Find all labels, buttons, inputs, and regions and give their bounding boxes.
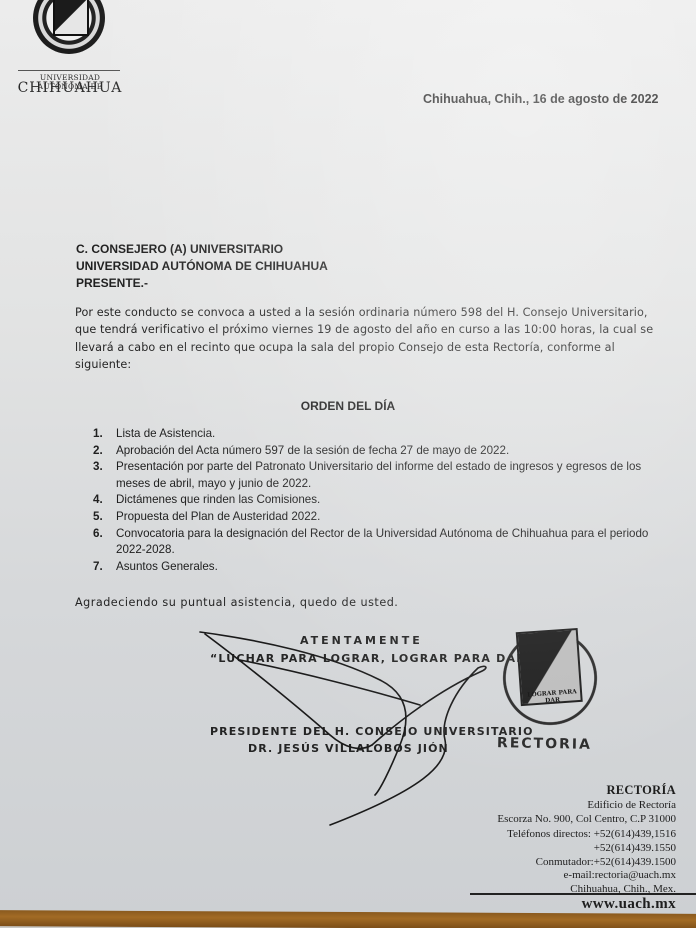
letter-page: UNIVERSIDAD AUTÓNOMA DE CHIHUAHUA Chihua…: [0, 0, 696, 916]
agenda-item-text: Asuntos Generales.: [116, 560, 218, 573]
atentamente-label: ATENTAMENTE: [300, 634, 423, 647]
official-seal-icon: LOGRAR PARA DAR: [497, 625, 604, 732]
agenda-item: 2.Aprobación del Acta número 597 de la s…: [93, 443, 653, 460]
footer-website: www.uach.mx: [416, 896, 676, 913]
footer-line: +52(614)439.1550: [416, 842, 676, 854]
agenda-item-number: 1.: [93, 426, 103, 443]
recipient-line-3: PRESENTE.-: [76, 276, 148, 290]
agenda-item-number: 2.: [93, 443, 103, 460]
agenda-item: 6.Convocatoria para la designación del R…: [93, 526, 653, 559]
university-name: CHIHUAHUA: [14, 80, 126, 96]
motto: “LUCHAR PARA LOGRAR, LOGRAR PARA DAR”: [210, 652, 534, 665]
footer-line: Escorza No. 900, Col Centro, C.P 31000: [416, 813, 676, 825]
agenda-item: 1.Lista de Asistencia.: [93, 426, 653, 443]
footer-line: Teléfonos directos: +52(614)439,1516: [416, 828, 676, 840]
recipient-line-1: C. CONSEJERO (A) UNIVERSITARIO: [76, 242, 283, 256]
agenda-item-number: 6.: [93, 526, 103, 543]
footer-line: Conmutador:+52(614)439.1500: [416, 856, 676, 868]
agenda-item: 4.Dictámenes que rinden las Comisiones.: [93, 492, 653, 509]
stamp-motto: LOGRAR PARA DAR: [525, 688, 580, 706]
agenda-item-text: Propuesta del Plan de Austeridad 2022.: [116, 510, 320, 523]
agenda-item-number: 3.: [93, 459, 103, 476]
signer-position: PRESIDENTE DEL H. CONSEJO UNIVERSITARIO: [210, 725, 534, 738]
wooden-desk-surface: [0, 910, 696, 928]
stamp-label: RECTORIA: [497, 735, 592, 753]
agenda-item-number: 4.: [93, 492, 103, 509]
footer-title: RECTORÍA: [416, 783, 676, 798]
uach-seal-icon: [33, 0, 105, 54]
agenda-item: 5.Propuesta del Plan de Austeridad 2022.: [93, 509, 653, 526]
agenda-item-text: Convocatoria para la designación del Rec…: [116, 527, 648, 557]
body-paragraph: Por este conducto se convoca a usted a l…: [75, 304, 655, 374]
signer-name: DR. JESÚS VILLALOBOS JIÓN: [248, 742, 449, 755]
agenda-item-text: Lista de Asistencia.: [116, 427, 215, 440]
agenda-item-number: 7.: [93, 559, 103, 576]
date-line: Chihuahua, Chih., 16 de agosto de 2022: [423, 92, 658, 106]
agenda-item-number: 5.: [93, 509, 103, 526]
agenda-item-text: Presentación por parte del Patronato Uni…: [116, 460, 641, 490]
closing-line: Agradeciendo su puntual asistencia, qued…: [75, 596, 398, 609]
letterhead-divider: [18, 70, 120, 71]
footer-line: Edificio de Rectoría: [416, 799, 676, 811]
agenda-item: 3.Presentación por parte del Patronato U…: [93, 459, 653, 492]
agenda-item-text: Dictámenes que rinden las Comisiones.: [116, 493, 320, 506]
footer-divider: [470, 893, 696, 895]
agenda-list: 1.Lista de Asistencia. 2.Aprobación del …: [93, 426, 653, 575]
footer-email: e-mail:rectoria@uach.mx: [416, 869, 676, 881]
agenda-title: ORDEN DEL DÍA: [0, 399, 696, 413]
recipient-line-2: UNIVERSIDAD AUTÓNOMA DE CHIHUAHUA: [76, 259, 328, 273]
agenda-item: 7.Asuntos Generales.: [93, 559, 653, 576]
agenda-item-text: Aprobación del Acta número 597 de la ses…: [116, 444, 509, 457]
